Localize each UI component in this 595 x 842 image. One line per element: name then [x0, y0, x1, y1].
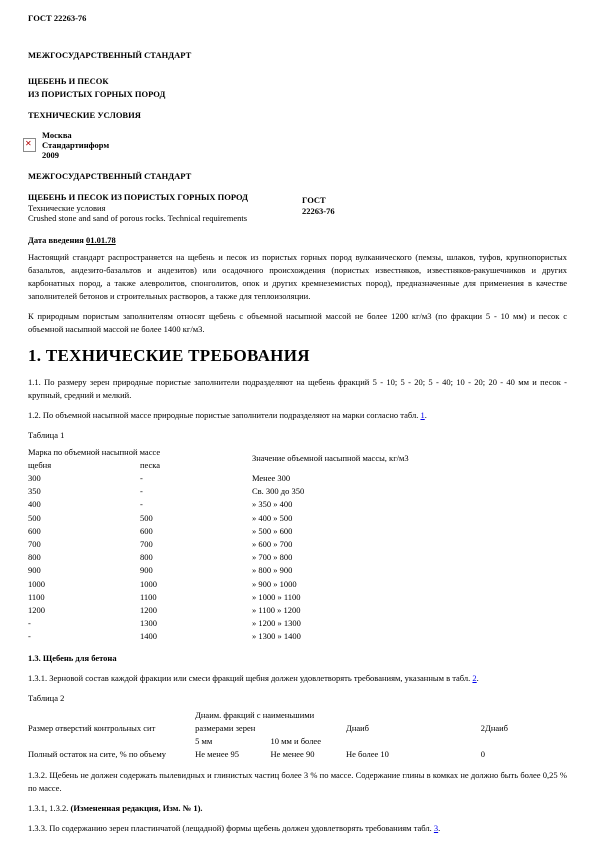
paragraph-1-2-period: . — [425, 410, 427, 420]
cell-sand: - — [140, 485, 252, 498]
table-2-caption: Таблица 2 — [28, 692, 567, 705]
table-row: 350-Св. 300 до 350 — [28, 485, 567, 498]
table-1-header-row: Марка по объемной насыпной массе Значени… — [28, 446, 567, 459]
imprint-publisher: Стандартинформ — [42, 140, 109, 150]
cell-value: » 1000 » 1100 — [252, 591, 567, 604]
cell-sand: 1400 — [140, 630, 252, 643]
cell-value: » 350 » 400 — [252, 498, 567, 511]
imprint-city: Москва — [42, 130, 109, 140]
table-row: 500500» 400 » 500 — [28, 512, 567, 525]
table-row: -1300» 1200 » 1300 — [28, 617, 567, 630]
cell-value: » 700 » 800 — [252, 551, 567, 564]
standard-kind-header: МЕЖГОСУДАРСТВЕННЫЙ СТАНДАРТ — [28, 170, 567, 183]
effective-date-label: Дата введения — [28, 235, 86, 245]
cell-row-label: Полный остаток на сите, % по объему — [28, 748, 195, 761]
imprint-text: Москва Стандартинформ 2009 — [42, 130, 109, 160]
table-row: 10001000» 900 » 1000 — [28, 578, 567, 591]
doc-number-top: ГОСТ 22263-76 — [28, 12, 567, 25]
paragraph-1-3-1-period: . — [477, 673, 479, 683]
paragraph-1-3-2: 1.3.2. Щебень не должен содержать пылеви… — [28, 769, 567, 795]
cell-sand: - — [140, 498, 252, 511]
table-row: 600600» 500 » 600 — [28, 525, 567, 538]
cell-value: » 600 » 700 — [252, 538, 567, 551]
paragraph-1-3-1-text: 1.3.1. Зерновой состав каждой фракции ил… — [28, 673, 472, 683]
table-2-sub-5mm: 5 мм — [195, 735, 270, 748]
table-row: 800800» 700 » 800 — [28, 551, 567, 564]
cell-sand: 1200 — [140, 604, 252, 617]
document-header-titles: ЩЕБЕНЬ И ПЕСОК ИЗ ПОРИСТЫХ ГОРНЫХ ПОРОД … — [28, 192, 280, 224]
imprint-year: 2009 — [42, 150, 109, 160]
cell-sand: - — [140, 472, 252, 485]
cell-crushed: 1000 — [28, 578, 140, 591]
table-2: Размер отверстий контрольных сит Днаим. … — [28, 709, 567, 762]
cell-crushed: - — [28, 630, 140, 643]
standard-kind-masthead: МЕЖГОСУДАРСТВЕННЫЙ СТАНДАРТ — [28, 49, 567, 62]
header-subtitle-ru: Технические условия — [28, 203, 280, 214]
cell-sand: 1000 — [140, 578, 252, 591]
paragraph-1-3-3-text: 1.3.3. По содержанию зерен пластинчатой … — [28, 823, 434, 833]
cell-sand: 900 — [140, 564, 252, 577]
cell-value: » 900 » 1000 — [252, 578, 567, 591]
cell-sand: 700 — [140, 538, 252, 551]
table-1-value-header: Значение объемной насыпной массы, кг/м3 — [252, 446, 567, 472]
cell-v1: Не менее 95 — [195, 748, 270, 761]
section-1-heading: 1. ТЕХНИЧЕСКИЕ ТРЕБОВАНИЯ — [28, 346, 567, 365]
cell-sand: 500 — [140, 512, 252, 525]
cell-value: Св. 300 до 350 — [252, 485, 567, 498]
effective-date-link[interactable]: 01.01.78 — [86, 235, 116, 245]
paragraph-1-3-3-period: . — [438, 823, 440, 833]
header-title-ru: ЩЕБЕНЬ И ПЕСОК ИЗ ПОРИСТЫХ ГОРНЫХ ПОРОД — [28, 192, 280, 203]
table-row: -1400» 1300 » 1400 — [28, 630, 567, 643]
cell-value: » 500 » 600 — [252, 525, 567, 538]
table-row: Полный остаток на сите, % по объему Не м… — [28, 748, 567, 761]
cell-sand: 1100 — [140, 591, 252, 604]
cell-crushed: 900 — [28, 564, 140, 577]
cell-crushed: - — [28, 617, 140, 630]
table-row: 11001100» 1000 » 1100 — [28, 591, 567, 604]
header-title-en: Crushed stone and sand of porous rocks. … — [28, 213, 280, 224]
table-row: 300-Менее 300 — [28, 472, 567, 485]
main-title: ЩЕБЕНЬ И ПЕСОК ИЗ ПОРИСТЫХ ГОРНЫХ ПОРОД — [28, 75, 567, 100]
table-row: 900900» 800 » 900 — [28, 564, 567, 577]
table-1: Марка по объемной насыпной массе Значени… — [28, 446, 567, 644]
table-2-2dnaib-header: 2Днаиб — [481, 709, 567, 749]
cell-crushed: 1200 — [28, 604, 140, 617]
cell-sand: 600 — [140, 525, 252, 538]
cell-value: » 1100 » 1200 — [252, 604, 567, 617]
cell-v2: Не менее 90 — [271, 748, 346, 761]
table-row: 700700» 600 » 700 — [28, 538, 567, 551]
table-1-col-crushed: щебня — [28, 459, 140, 472]
cell-sand: 1300 — [140, 617, 252, 630]
cell-crushed: 600 — [28, 525, 140, 538]
cell-crushed: 400 — [28, 498, 140, 511]
cell-crushed: 1100 — [28, 591, 140, 604]
broken-image-glyph: ✕ — [25, 140, 32, 148]
paragraph-1-3: 1.3. Щебень для бетона — [28, 652, 567, 665]
cell-v4: 0 — [481, 748, 567, 761]
paragraph-1-2-text: 1.2. По объемной насыпной массе природны… — [28, 410, 420, 420]
effective-date-line: Дата введения 01.01.78 — [28, 234, 567, 247]
main-subtitle: ТЕХНИЧЕСКИЕ УСЛОВИЯ — [28, 109, 567, 122]
table-2-header-row: Размер отверстий контрольных сит Днаим. … — [28, 709, 567, 735]
document-header-block: ЩЕБЕНЬ И ПЕСОК ИЗ ПОРИСТЫХ ГОРНЫХ ПОРОД … — [28, 192, 567, 224]
cell-value: » 1300 » 1400 — [252, 630, 567, 643]
table-row: 12001200» 1100 » 1200 — [28, 604, 567, 617]
table-row: 400-» 350 » 400 — [28, 498, 567, 511]
cell-value: » 400 » 500 — [252, 512, 567, 525]
gost-number-line1: ГОСТ — [302, 195, 335, 206]
paragraph-amendment: 1.3.1, 1.3.2. (Измененная редакция, Изм.… — [28, 802, 567, 815]
header-gost-number: ГОСТ 22263-76 — [302, 192, 335, 224]
cell-sand: 800 — [140, 551, 252, 564]
main-title-line2: ИЗ ПОРИСТЫХ ГОРНЫХ ПОРОД — [28, 88, 567, 101]
gost-number-line2: 22263-76 — [302, 206, 335, 217]
cell-value: » 800 » 900 — [252, 564, 567, 577]
table-2-dnaib-header: Днаиб — [346, 709, 481, 749]
cell-crushed: 700 — [28, 538, 140, 551]
intro-paragraph-2: К природным пористым заполнителям относя… — [28, 310, 567, 336]
cell-value: Менее 300 — [252, 472, 567, 485]
table-2-sieve-header: Размер отверстий контрольных сит — [28, 709, 195, 749]
cell-crushed: 350 — [28, 485, 140, 498]
amendment-note: (Измененная редакция, Изм. № 1). — [71, 803, 203, 813]
intro-paragraph-1: Настоящий стандарт распространяется на щ… — [28, 251, 567, 303]
main-title-line1: ЩЕБЕНЬ И ПЕСОК — [28, 75, 567, 88]
document-page: ГОСТ 22263-76 МЕЖГОСУДАРСТВЕННЫЙ СТАНДАР… — [0, 0, 595, 842]
table-1-caption: Таблица 1 — [28, 429, 567, 442]
cell-crushed: 500 — [28, 512, 140, 525]
cell-crushed: 800 — [28, 551, 140, 564]
cell-crushed: 300 — [28, 472, 140, 485]
paragraph-1-3-1: 1.3.1. Зерновой состав каждой фракции ил… — [28, 672, 567, 685]
table-2-group-header: Днаим. фракций с наименьшими размерами з… — [195, 709, 346, 735]
table-1-group-header: Марка по объемной насыпной массе — [28, 446, 252, 459]
table-2-sub-10mm: 10 мм и более — [271, 735, 346, 748]
broken-image-icon: ✕ — [23, 138, 36, 152]
table-1-col-sand: песка — [140, 459, 252, 472]
cell-value: » 1200 » 1300 — [252, 617, 567, 630]
amendment-clauses: 1.3.1, 1.3.2. — [28, 803, 71, 813]
imprint-block: ✕ Москва Стандартинформ 2009 — [23, 130, 567, 160]
paragraph-1-1: 1.1. По размеру зерен природные пористые… — [28, 376, 567, 402]
paragraph-1-2: 1.2. По объемной насыпной массе природны… — [28, 409, 567, 422]
cell-v3: Не более 10 — [346, 748, 481, 761]
paragraph-1-3-3: 1.3.3. По содержанию зерен пластинчатой … — [28, 822, 567, 835]
